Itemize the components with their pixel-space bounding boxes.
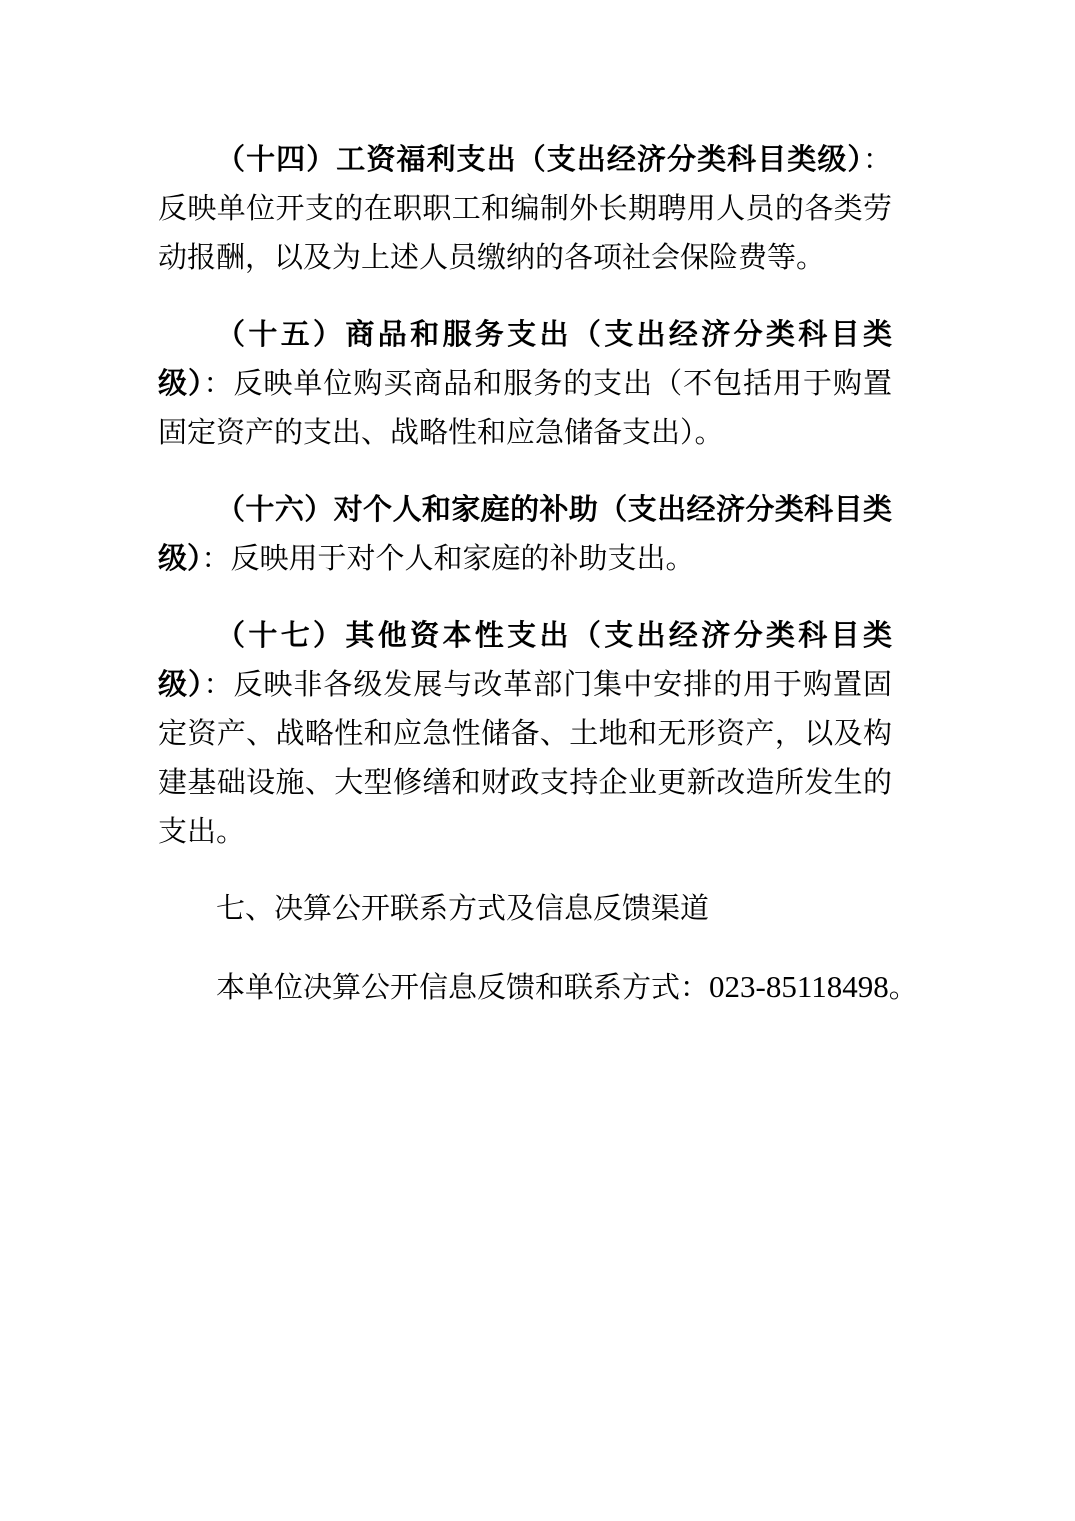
paragraph-item-16-body: ：反映用于对个人和家庭的补助支出。	[202, 543, 695, 575]
contact-paragraph: 本单位决算公开信息反馈和联系方式：023-85118498。	[158, 962, 892, 1013]
paragraph-item-14: （十四）工资福利支出（支出经济分类科目类级）：反映单位开支的在职职工和编制外长期…	[158, 136, 892, 283]
paragraph-item-17-body: ：反映非各级发展与改革部门集中安排的用于购置固定资产、战略性和应急性储备、土地和…	[158, 669, 892, 848]
contact-phone-number: 023-85118498	[709, 969, 889, 1004]
paragraph-item-15-body: ：反映单位购买商品和服务的支出（不包括用于购置固定资产的支出、战略性和应急储备支…	[158, 368, 892, 449]
paragraph-item-14-heading: （十四）工资福利支出（支出经济分类科目类级）	[216, 144, 863, 176]
section-heading-7: 七、决算公开联系方式及信息反馈渠道	[158, 885, 892, 934]
paragraph-item-17: （十七）其他资本性支出（支出经济分类科目类级）：反映非各级发展与改革部门集中安排…	[158, 612, 892, 857]
contact-suffix: 。	[889, 972, 918, 1004]
paragraph-item-16: （十六）对个人和家庭的补助（支出经济分类科目类级）：反映用于对个人和家庭的补助支…	[158, 486, 892, 584]
contact-label: 本单位决算公开信息反馈和联系方式：	[216, 972, 709, 1004]
paragraph-item-15: （十五）商品和服务支出（支出经济分类科目类级）：反映单位购买商品和服务的支出（不…	[158, 311, 892, 458]
document-page: （十四）工资福利支出（支出经济分类科目类级）：反映单位开支的在职职工和编制外长期…	[0, 0, 1075, 1521]
